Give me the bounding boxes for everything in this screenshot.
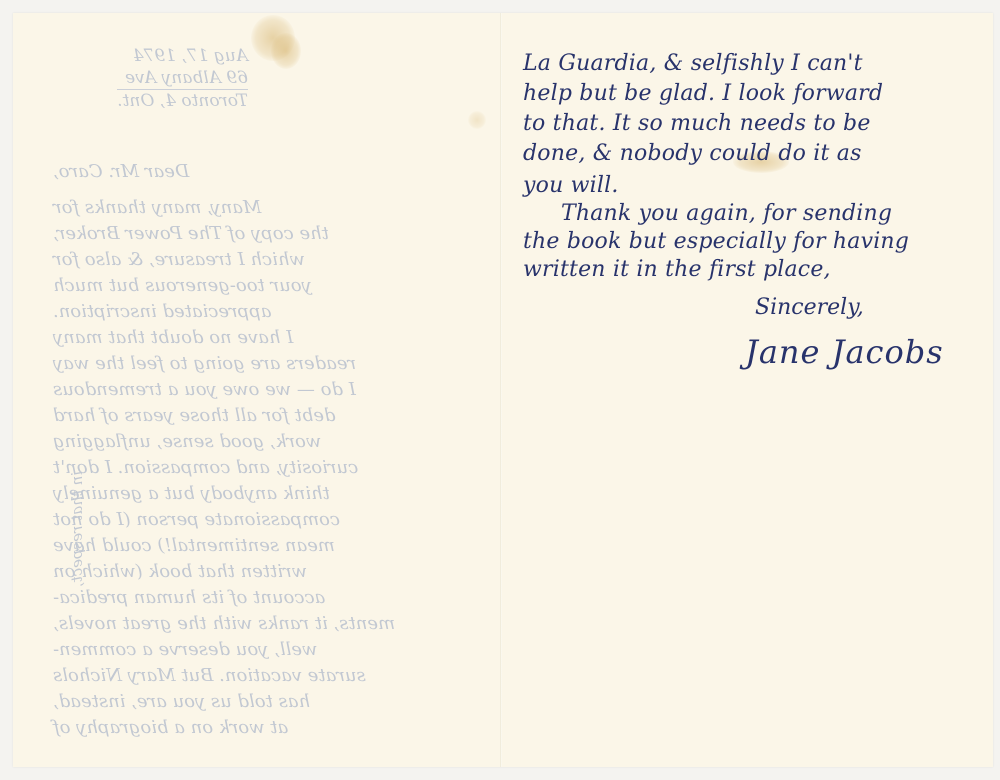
center-fold [500, 13, 502, 767]
bleed-line: work, good sense, unflagging [53, 429, 473, 455]
address-street: 69 Albany Ave [117, 67, 248, 89]
letter-line: the book but especially for having [523, 229, 909, 254]
bleed-line: curiosity, and compassion. I don't [53, 455, 473, 481]
bleed-line: think anybody but a genuinely [53, 481, 473, 507]
bleed-line: Many, many thanks for [53, 195, 473, 221]
margin-note: in that respect, [68, 471, 86, 587]
letter-line: La Guardia, & selfishly I can't [523, 51, 863, 76]
letter-line: help but be glad. I look forward [523, 81, 883, 106]
bleed-line: readers are going to feel the way [53, 351, 473, 377]
bleed-line: your too-generous but much [53, 273, 473, 299]
bleed-line: appreciated inscription. [53, 299, 473, 325]
bleed-line: written that book (which on [53, 559, 473, 585]
letter-date: Aug 17, 1974 [117, 45, 248, 67]
bleed-line: account of its human predica- [53, 585, 473, 611]
closing: Sincerely, [755, 295, 864, 320]
letter-line: to that. It so much needs to be [523, 111, 871, 136]
bleed-line: ments, it ranks with the great novels, [53, 611, 473, 637]
bleed-line: I do — we owe you a tremendous [53, 377, 473, 403]
bleed-line: debt for all those years of hard [53, 403, 473, 429]
bleed-line: compassionate person (I do not [53, 507, 473, 533]
bleed-line: at work on a biography of [53, 715, 473, 741]
letter-line: you will. [523, 173, 619, 198]
left-page-bleed-through: Aug 17, 1974 69 Albany Ave Toronto 4, On… [33, 31, 483, 751]
salutation: Dear Mr. Caro, [53, 159, 473, 185]
bleed-line: mean sentimental!) could have [53, 533, 473, 559]
bleed-line: well, you deserve a commen- [53, 637, 473, 663]
bleed-line: the copy of The Power Broker, [53, 221, 473, 247]
sender-address: Aug 17, 1974 69 Albany Ave Toronto 4, On… [117, 45, 248, 112]
letter-line: Thank you again, for sending [561, 201, 892, 226]
scanned-letter: Aug 17, 1974 69 Albany Ave Toronto 4, On… [0, 0, 1000, 780]
signature: Jane Jacobs [745, 333, 944, 371]
letter-line: written it in the first place, [523, 257, 831, 282]
bleed-line: surate vacation. But Mary Nichols [53, 663, 473, 689]
address-city: Toronto 4, Ont. [117, 89, 248, 112]
bleed-line: I have no doubt that many [53, 325, 473, 351]
bleed-line: has told us you are, instead, [53, 689, 473, 715]
letter-line: done, & nobody could do it as [523, 141, 862, 166]
bleed-body: Dear Mr. Caro, Many, many thanks for the… [33, 159, 473, 741]
bleed-line: which I treasure, & also for [53, 247, 473, 273]
paper-sheet: Aug 17, 1974 69 Albany Ave Toronto 4, On… [13, 13, 993, 767]
